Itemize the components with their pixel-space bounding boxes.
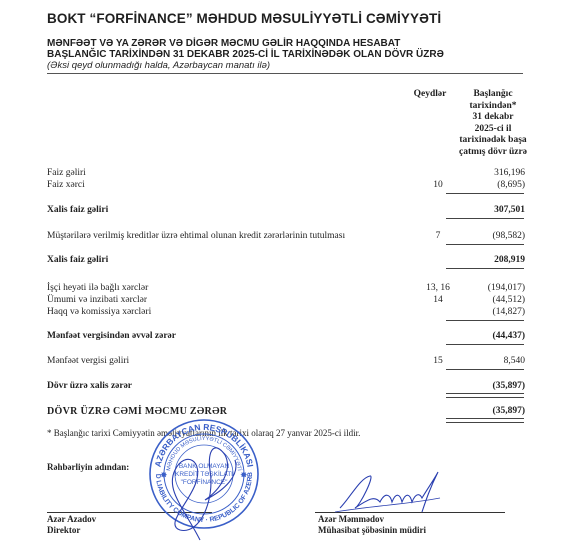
report-subtitle: (Əksi qeyd olunmadığı halda, Azərbaycan …: [47, 60, 270, 71]
double-underline: [446, 418, 524, 423]
period-line: 2025-ci il: [452, 124, 534, 136]
period-line: 31 dekabr: [452, 112, 534, 124]
left-signatory: Azər Azadov Direktor: [47, 514, 96, 536]
underline: [446, 244, 524, 245]
period-line: çatmış dövr üzrə: [452, 147, 534, 159]
underline: [446, 320, 524, 321]
row-label: Xalis faiz gəliri: [47, 205, 108, 215]
underline: [446, 268, 524, 269]
report-title-line2: BAŞLANĞIC TARİXİNDƏN 31 DEKABR 2025-Cİ İ…: [47, 49, 444, 60]
table-row: İşçi heyəti ilə bağlı xərclər13, 16(194,…: [47, 283, 525, 295]
left-signatory-title: Direktor: [47, 525, 96, 536]
table-row: Haqq və komissiya xərcləri(14,827): [47, 307, 525, 319]
row-amount: (44,512): [435, 295, 525, 305]
right-signatory-title: Mühasibat şöbəsinin müdiri: [318, 525, 426, 536]
right-signatory: Azər Məmmədov Mühasibat şöbəsinin müdiri: [318, 514, 426, 536]
row-label: Mənfəət vergisi gəliri: [47, 356, 129, 366]
row-amount: (14,827): [435, 307, 525, 317]
table-row: Faiz xərci10(8,695): [47, 180, 525, 192]
row-label: Xalis faiz gəliri: [47, 255, 108, 265]
table-row: Xalis faiz gəliri208,919: [47, 255, 525, 267]
row-label: Dövr üzrə xalis zərər: [47, 381, 132, 391]
row-label: Faiz gəliri: [47, 168, 86, 178]
period-line: tarixinədək başa: [452, 135, 534, 147]
row-amount: (44,437): [435, 331, 525, 341]
accountant-signature: [330, 468, 450, 516]
row-amount: 316,196: [435, 168, 525, 178]
row-amount: (98,582): [435, 231, 525, 241]
row-label: Haqq və komissiya xərcləri: [47, 307, 151, 317]
underline: [446, 218, 524, 219]
table-row: Müştərilərə verilmiş kreditlər üzrə ehti…: [47, 231, 525, 243]
row-label: DÖVR ÜZRƏ CƏMİ MƏCMU ZƏRƏR: [47, 406, 227, 417]
on-behalf-label: Rəhbərliyin adından:: [47, 462, 129, 473]
table-row: Mənfəət vergisindən əvvəl zərər(44,437): [47, 331, 525, 343]
column-header-period: Başlanğıc tarixindən* 31 dekabr 2025-ci …: [452, 89, 534, 159]
row-amount: (194,017): [435, 283, 525, 293]
period-line: Başlanğıc: [452, 89, 534, 101]
row-amount: (8,695): [435, 180, 525, 190]
underline: [446, 193, 524, 194]
row-label: Müştərilərə verilmiş kreditlər üzrə ehti…: [47, 231, 345, 241]
table-row: DÖVR ÜZRƏ CƏMİ MƏCMU ZƏRƏR(35,897): [47, 406, 525, 418]
row-amount: 307,501: [435, 205, 525, 215]
row-label: Faiz xərci: [47, 180, 85, 190]
row-amount: 8,540: [435, 356, 525, 366]
company-name: BOKT “FORFİNANCE” MƏHDUD MƏSULİYYƏTLİ CƏ…: [47, 11, 441, 26]
period-line: tarixindən*: [452, 101, 534, 113]
double-underline: [446, 393, 524, 398]
table-row: Ümumi və inzibati xərclər14(44,512): [47, 295, 525, 307]
left-signatory-name: Azər Azadov: [47, 514, 96, 525]
column-header-notes: Qeydlər: [400, 89, 460, 101]
director-signature: [145, 430, 255, 542]
underline: [446, 344, 524, 345]
row-label: Ümumi və inzibati xərclər: [47, 295, 147, 305]
table-row: Faiz gəliri316,196: [47, 168, 525, 180]
row-label: İşçi heyəti ilə bağlı xərclər: [47, 283, 148, 293]
row-amount: 208,919: [435, 255, 525, 265]
underline: [446, 369, 524, 370]
row-label: Mənfəət vergisindən əvvəl zərər: [47, 331, 176, 341]
header-rule: [47, 73, 523, 74]
report-title-line1: MƏNFƏƏT VƏ YA ZƏRƏR VƏ DİGƏR MƏCMU GƏLİR…: [47, 38, 400, 49]
row-amount: (35,897): [435, 406, 525, 416]
table-row: Dövr üzrə xalis zərər(35,897): [47, 381, 525, 393]
row-amount: (35,897): [435, 381, 525, 391]
table-row: Xalis faiz gəliri307,501: [47, 205, 525, 217]
table-row: Mənfəət vergisi gəliri158,540: [47, 356, 525, 368]
